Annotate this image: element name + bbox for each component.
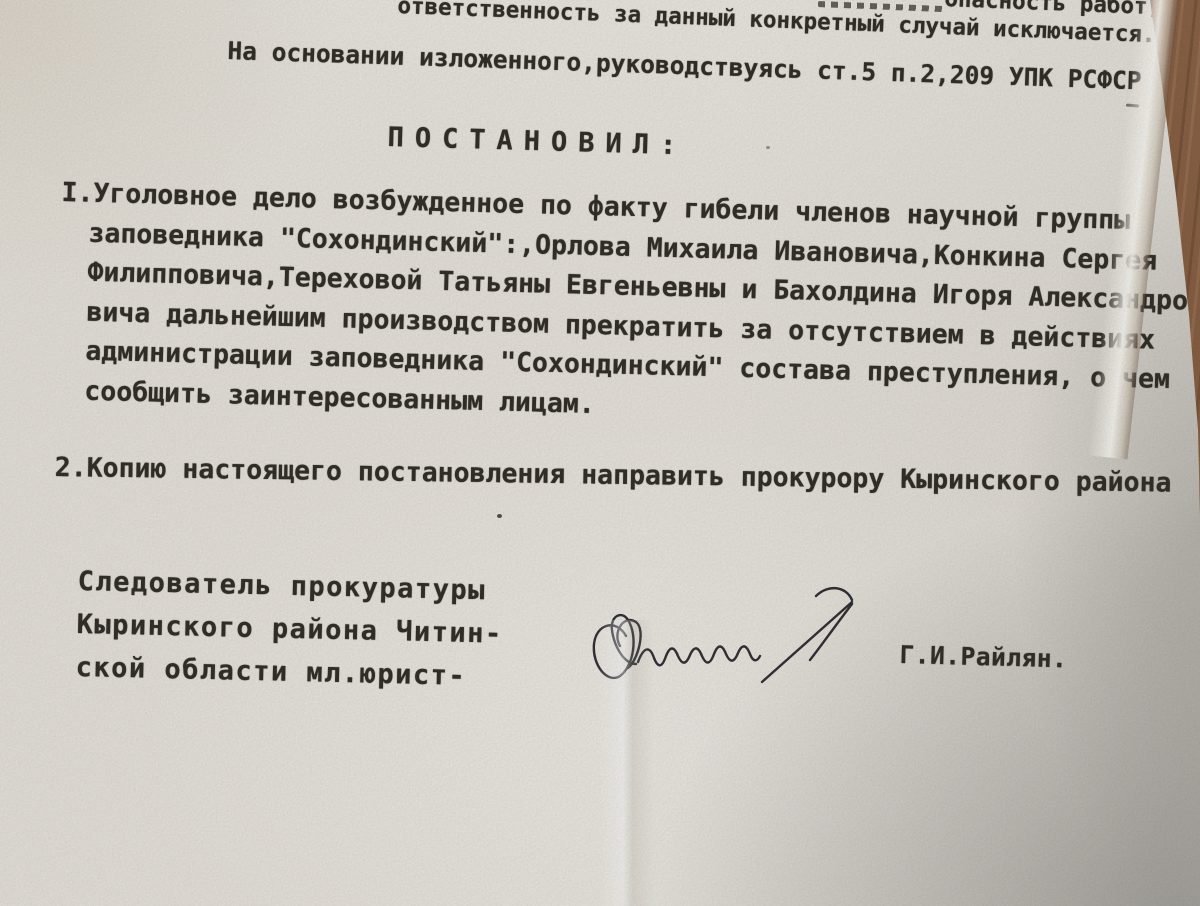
decree-item-2: 2.Копию настоящего постановления направи… (55, 452, 1172, 499)
signer-name: Г.И.Райлян. (899, 640, 1067, 673)
paper-crease (598, 620, 654, 906)
sig-title-line-3: ской области мл.юрист- (75, 652, 502, 705)
decree-heading: ПОСТАНОВИЛ: (387, 122, 688, 161)
dust-speck (766, 146, 770, 149)
dust-speck (497, 514, 502, 518)
signature-title-block: Следователь прокуратуры Кыринского район… (75, 566, 504, 705)
decree-intro-line: На основании изложенного,руководствуясь … (227, 36, 1142, 95)
document-photo: опасность работ, ответственность за данн… (0, 0, 1200, 906)
decree-item-1: I.Уголовное дело возбужденное по факту г… (56, 177, 1191, 443)
document-page: опасность работ, ответственность за данн… (0, 0, 1200, 906)
